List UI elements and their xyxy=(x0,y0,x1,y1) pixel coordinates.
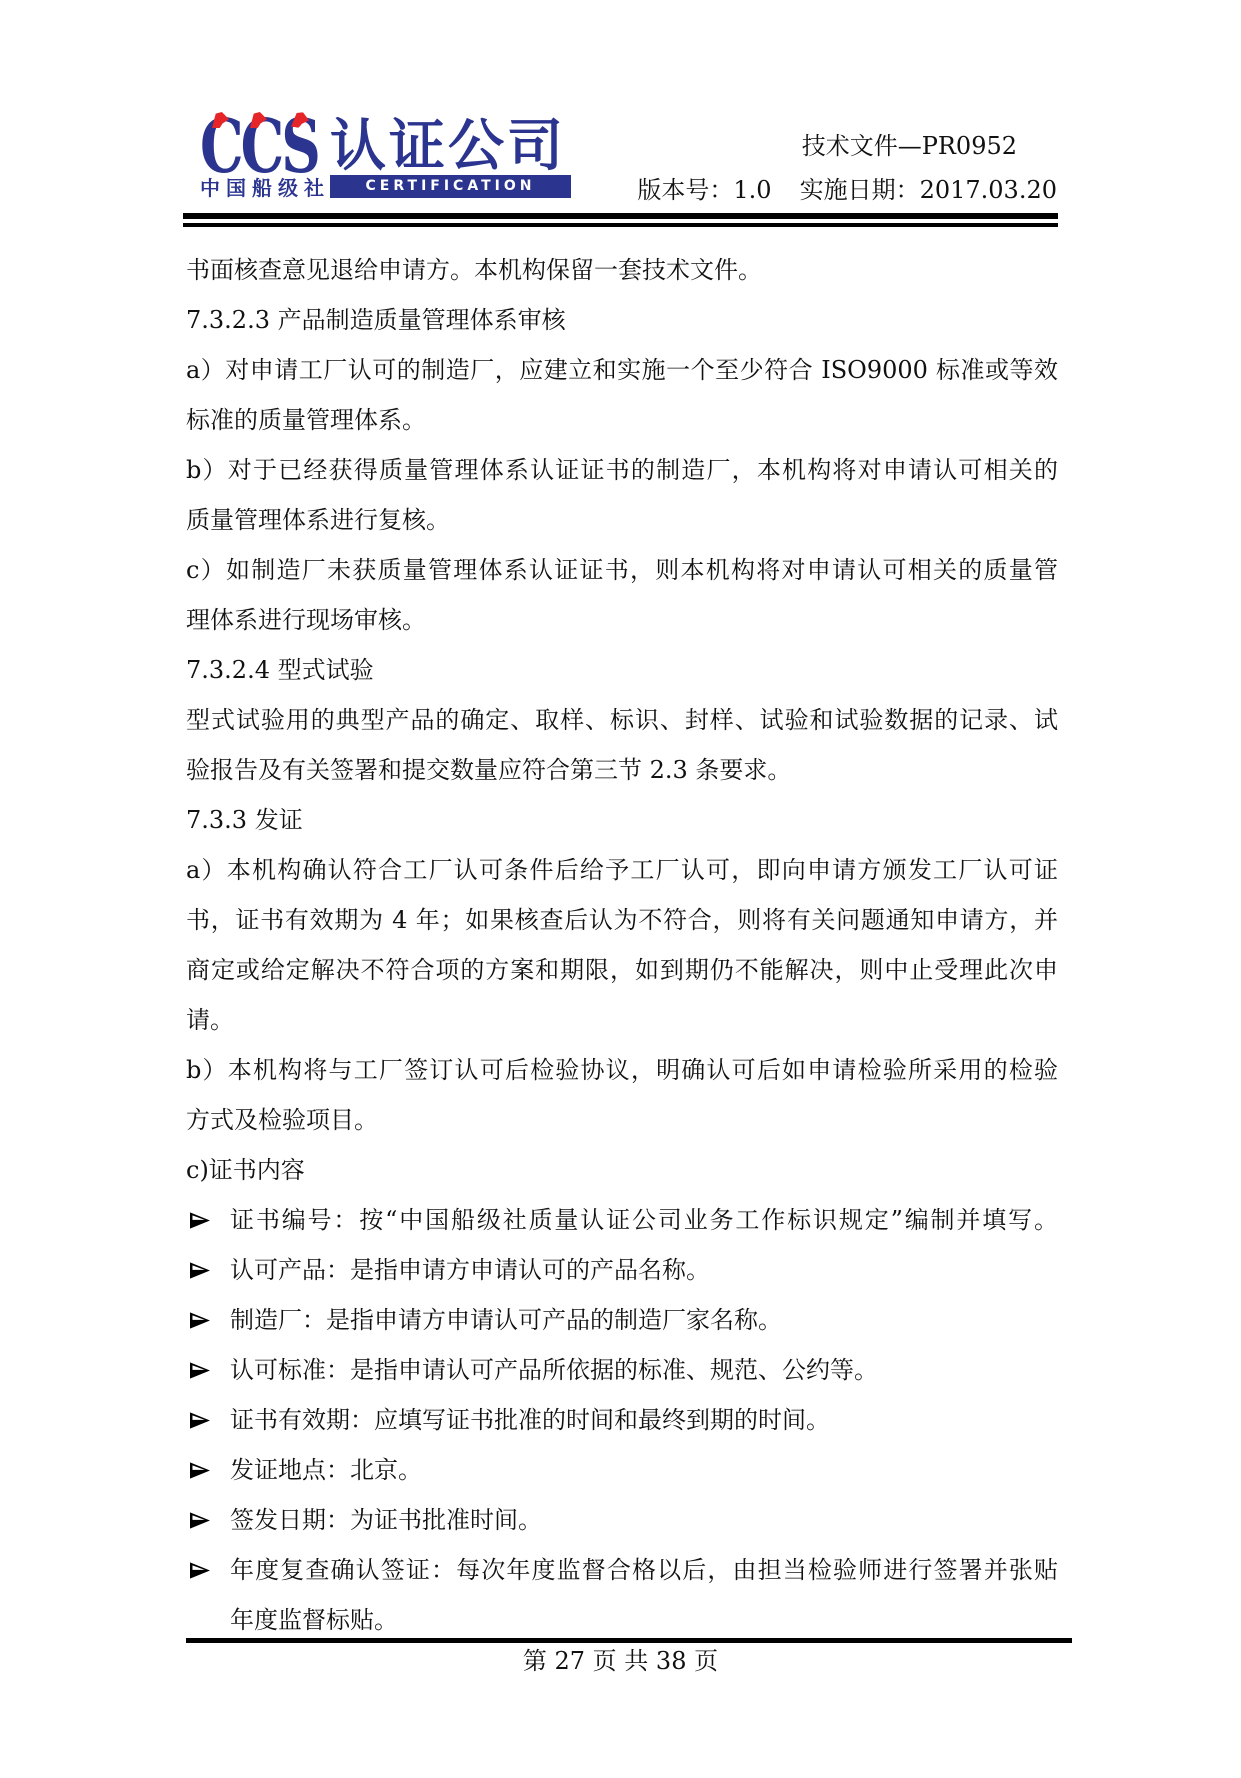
document-line: c）如制造厂未获质量管理体系认证证书，则本机构将对申请认可相关的质量管 xyxy=(186,545,1058,595)
document-line-text: 年度复查确认签证：每次年度监督合格以后，由担当检验师进行签署并张贴 xyxy=(230,1556,1058,1584)
arrow-bullet-icon xyxy=(188,1461,211,1480)
ccs-wordmark: CCS xyxy=(200,118,322,176)
document-line: 质量管理体系进行复核。 xyxy=(186,495,1058,545)
ccs-logo: CCS 中国船级社 认证公司 CERTIFICATION xyxy=(200,118,585,198)
document-line-text: c)证书内容 xyxy=(186,1156,305,1184)
document-line-text: 理体系进行现场审核。 xyxy=(186,606,426,634)
document-line-text: c）如制造厂未获质量管理体系认证证书，则本机构将对申请认可相关的质量管 xyxy=(186,556,1058,584)
document-line: 认可标准：是指申请认可产品所依据的标准、规范、公约等。 xyxy=(186,1345,1058,1395)
document-page: CCS 中国船级社 认证公司 CERTIFICATION 技术文件—PR0952… xyxy=(0,0,1241,1778)
arrow-bullet-icon xyxy=(188,1311,211,1330)
document-line-text: 认可标准：是指申请认可产品所依据的标准、规范、公约等。 xyxy=(230,1356,878,1384)
document-line: 验报告及有关签署和提交数量应符合第三节 2.3 条要求。 xyxy=(186,745,1058,795)
arrow-bullet-icon xyxy=(188,1511,211,1530)
document-number: 技术文件—PR0952 xyxy=(802,132,1017,160)
footer-divider xyxy=(186,1638,1072,1643)
arrow-bullet-icon xyxy=(188,1361,211,1380)
document-line: 7.3.2.3 产品制造质量管理体系审核 xyxy=(186,295,1058,345)
document-line: 请。 xyxy=(186,995,1058,1045)
document-line: c)证书内容 xyxy=(186,1145,1058,1195)
document-line-text: 7.3.2.4 型式试验 xyxy=(186,656,374,684)
document-line: 证书编号：按“中国船级社质量认证公司业务工作标识规定”编制并填写。 xyxy=(186,1195,1058,1245)
document-line: 制造厂：是指申请方申请认可产品的制造厂家名称。 xyxy=(186,1295,1058,1345)
logo-society-name: 中国船级社 xyxy=(200,178,326,198)
document-line: a）对申请工厂认可的制造厂，应建立和实施一个至少符合 ISO9000 标准或等效 xyxy=(186,345,1058,395)
implementation-date: 实施日期：2017.03.20 xyxy=(800,176,1057,204)
document-line-text: 制造厂：是指申请方申请认可产品的制造厂家名称。 xyxy=(230,1306,782,1334)
document-line-text: 7.3.3 发证 xyxy=(186,806,303,834)
document-line-text: 标准的质量管理体系。 xyxy=(186,406,426,434)
arrow-bullet-icon xyxy=(188,1411,211,1430)
document-body: 书面核查意见退给申请方。本机构保留一套技术文件。 7.3.2.3 产品制造质量管… xyxy=(186,245,1058,1645)
document-line-text: 商定或给定解决不符合项的方案和期限，如到期仍不能解决，则中止受理此次申 xyxy=(186,956,1058,984)
document-line: 7.3.3 发证 xyxy=(186,795,1058,845)
document-line: 方式及检验项目。 xyxy=(186,1095,1058,1145)
logo-company-name: 认证公司 xyxy=(330,121,566,173)
document-line: 理体系进行现场审核。 xyxy=(186,595,1058,645)
document-line-text: b）对于已经获得质量管理体系认证证书的制造厂，本机构将对申请认可相关的 xyxy=(186,456,1058,484)
document-line-text: 证书有效期：应填写证书批准的时间和最终到期的时间。 xyxy=(230,1406,830,1434)
document-line: 发证地点：北京。 xyxy=(186,1445,1058,1495)
document-line: 签发日期：为证书批准时间。 xyxy=(186,1495,1058,1545)
document-line: 认可产品：是指申请方申请认可的产品名称。 xyxy=(186,1245,1058,1295)
document-line: 7.3.2.4 型式试验 xyxy=(186,645,1058,695)
header-divider-bottom xyxy=(183,223,1058,227)
document-line-text: b）本机构将与工厂签订认可后检验协议，明确认可后如申请检验所采用的检验 xyxy=(186,1056,1058,1084)
logo-certification-text: CERTIFICATION xyxy=(330,175,571,198)
document-line-text: 质量管理体系进行复核。 xyxy=(186,506,450,534)
document-line-text: 认可产品：是指申请方申请认可的产品名称。 xyxy=(230,1256,710,1284)
arrow-bullet-icon xyxy=(188,1561,211,1580)
document-line-text: 7.3.2.3 产品制造质量管理体系审核 xyxy=(186,306,566,334)
document-line: 书，证书有效期为 4 年；如果核查后认为不符合，则将有关问题通知申请方，并 xyxy=(186,895,1058,945)
document-line: 商定或给定解决不符合项的方案和期限，如到期仍不能解决，则中止受理此次申 xyxy=(186,945,1058,995)
document-line: a）本机构确认符合工厂认可条件后给予工厂认可，即向申请方颁发工厂认可证 xyxy=(186,845,1058,895)
document-line-text: 签发日期：为证书批准时间。 xyxy=(230,1506,542,1534)
version-info: 版本号：1.0实施日期：2017.03.20 xyxy=(637,176,1057,204)
document-line-text: 验报告及有关签署和提交数量应符合第三节 2.3 条要求。 xyxy=(186,756,791,784)
document-line: 年度复查确认签证：每次年度监督合格以后，由担当检验师进行签署并张贴 xyxy=(186,1545,1058,1595)
document-line-text: 书，证书有效期为 4 年；如果核查后认为不符合，则将有关问题通知申请方，并 xyxy=(186,906,1058,934)
document-line: 证书有效期：应填写证书批准的时间和最终到期的时间。 xyxy=(186,1395,1058,1445)
arrow-bullet-icon xyxy=(188,1261,211,1280)
document-line-text: 方式及检验项目。 xyxy=(186,1106,378,1134)
document-line-text: 书面核查意见退给申请方。本机构保留一套技术文件。 xyxy=(186,256,762,284)
document-line-text: a）本机构确认符合工厂认可条件后给予工厂认可，即向申请方颁发工厂认可证 xyxy=(186,856,1058,884)
document-line-text: 年度监督标贴。 xyxy=(230,1606,398,1634)
logo-certification-bar: CERTIFICATION xyxy=(330,175,571,198)
document-line: 标准的质量管理体系。 xyxy=(186,395,1058,445)
document-line-text: 发证地点：北京。 xyxy=(230,1456,422,1484)
document-line-text: 请。 xyxy=(186,1006,234,1034)
arrow-bullet-icon xyxy=(188,1211,211,1230)
document-line: b）对于已经获得质量管理体系认证证书的制造厂，本机构将对申请认可相关的 xyxy=(186,445,1058,495)
document-line: b）本机构将与工厂签订认可后检验协议，明确认可后如申请检验所采用的检验 xyxy=(186,1045,1058,1095)
document-line-text: 型式试验用的典型产品的确定、取样、标识、封样、试验和试验数据的记录、试 xyxy=(186,706,1058,734)
document-line-text: a）对申请工厂认可的制造厂，应建立和实施一个至少符合 ISO9000 标准或等效 xyxy=(186,356,1058,384)
header-divider-top xyxy=(183,213,1058,219)
document-line: 书面核查意见退给申请方。本机构保留一套技术文件。 xyxy=(186,245,1058,295)
document-line: 型式试验用的典型产品的确定、取样、标识、封样、试验和试验数据的记录、试 xyxy=(186,695,1058,745)
page-number: 第 27 页 共 38 页 xyxy=(0,1646,1241,1676)
version-number: 版本号：1.0 xyxy=(637,176,771,204)
document-line-text: 证书编号：按“中国船级社质量认证公司业务工作标识规定”编制并填写。 xyxy=(230,1206,1058,1234)
